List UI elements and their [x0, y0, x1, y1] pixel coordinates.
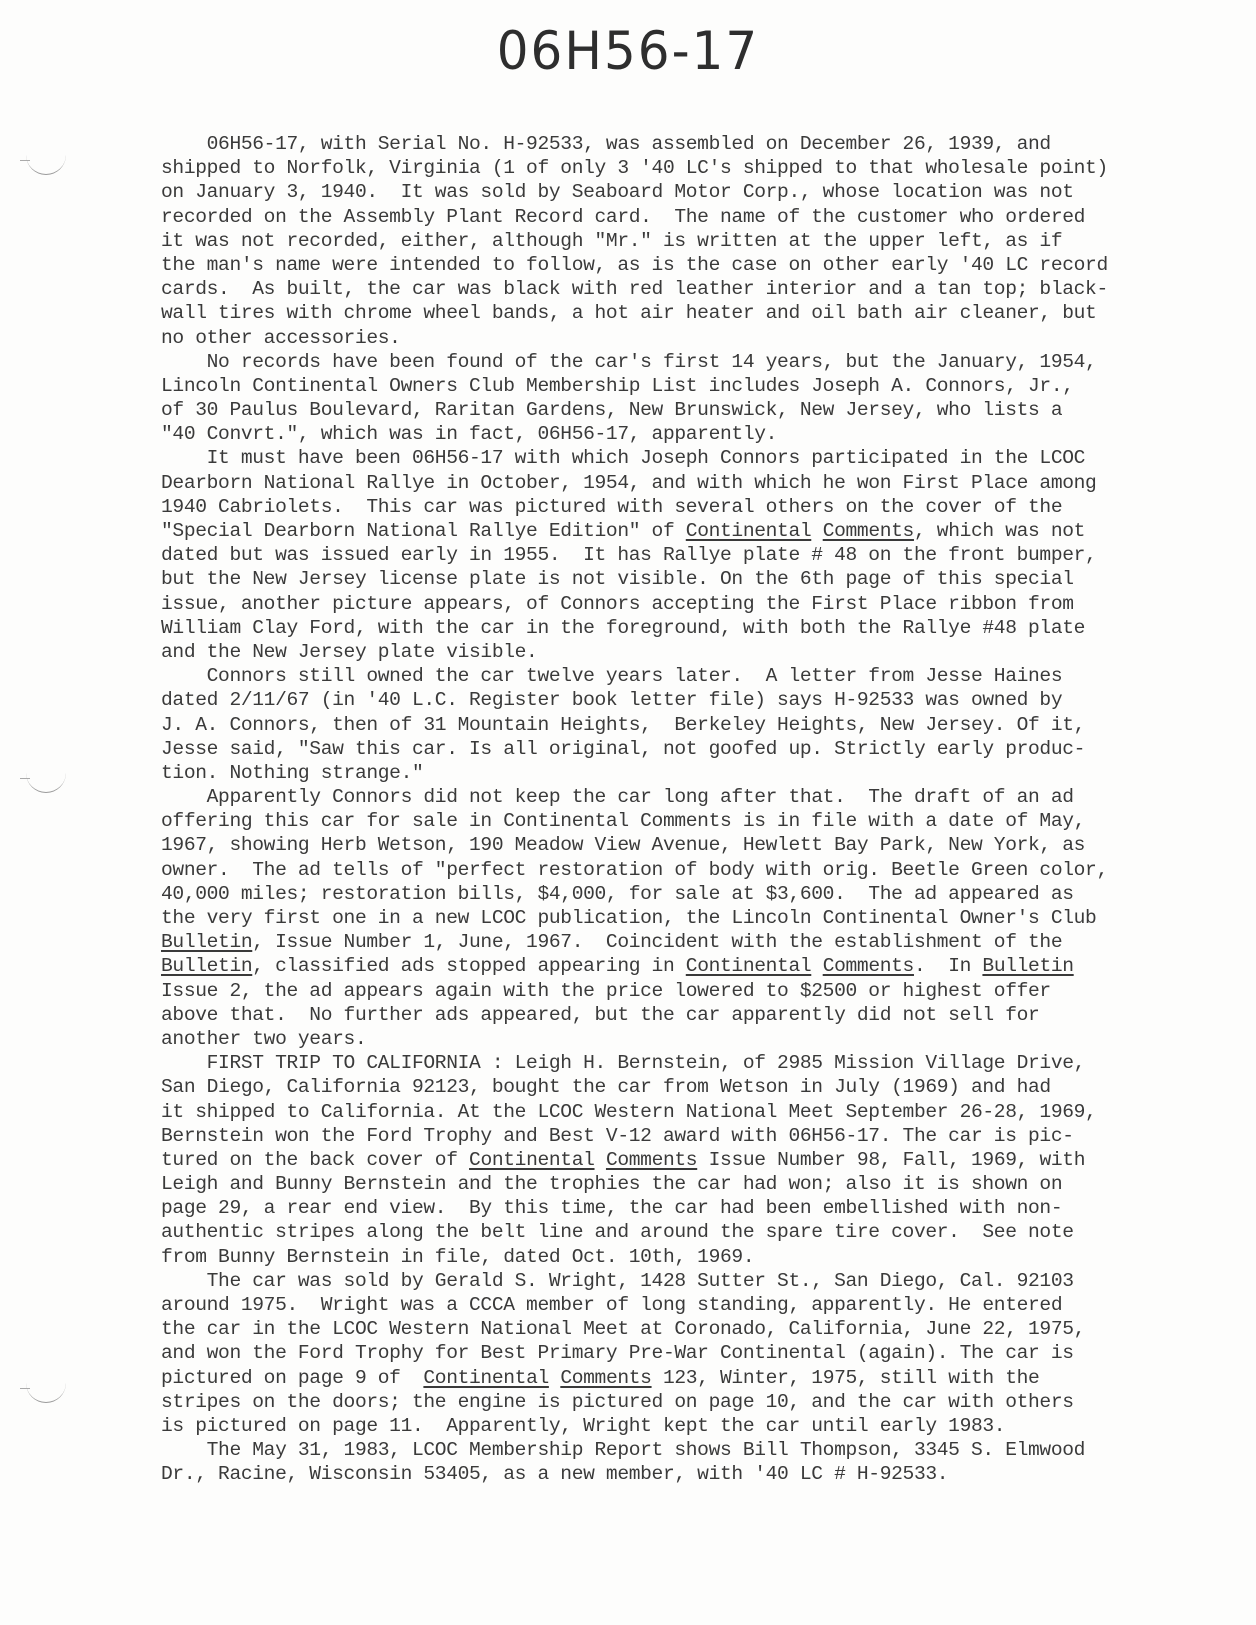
- text-line: tured on the back cover of Continental C…: [161, 1148, 1201, 1172]
- text-run: offering this car for sale in Continenta…: [161, 810, 1085, 832]
- text-line: the very first one in a new LCOC publica…: [161, 906, 1201, 930]
- document-page: 06H56-17 06H56-17, with Serial No. H-925…: [0, 0, 1256, 1625]
- text-line: shipped to Norfolk, Virginia (1 of only …: [161, 156, 1201, 180]
- text-line: pictured on page 9 of Continental Commen…: [161, 1366, 1201, 1390]
- text-run: Bernstein won the Ford Trophy and Best V…: [161, 1125, 1074, 1147]
- text-run: and won the Ford Trophy for Best Primary…: [161, 1342, 1074, 1364]
- text-run: recorded on the Assembly Plant Record ca…: [161, 206, 1085, 228]
- text-run: the car in the LCOC Western National Mee…: [161, 1318, 1085, 1340]
- paragraph: The car was sold by Gerald S. Wright, 14…: [161, 1269, 1201, 1438]
- text-run: 40,000 miles; restoration bills, $4,000,…: [161, 883, 1074, 905]
- punch-hole-mark-icon: [26, 1380, 66, 1403]
- text-run: , which was not: [914, 520, 1085, 542]
- text-run: dated 2/11/67 (in '40 L.C. Register book…: [161, 689, 1062, 711]
- text-run: shipped to Norfolk, Virginia (1 of only …: [161, 157, 1108, 179]
- text-run: William Clay Ford, with the car in the f…: [161, 617, 1085, 639]
- text-line: "40 Convrt.", which was in fact, 06H56-1…: [161, 422, 1201, 446]
- underlined-title: Continental: [686, 520, 812, 542]
- text-run: "40 Convrt.", which was in fact, 06H56-1…: [161, 423, 777, 445]
- text-line: the car in the LCOC Western National Mee…: [161, 1317, 1201, 1341]
- text-line: recorded on the Assembly Plant Record ca…: [161, 205, 1201, 229]
- text-line: Leigh and Bunny Bernstein and the trophi…: [161, 1172, 1201, 1196]
- underlined-title: Continental: [469, 1149, 595, 1171]
- text-line: It must have been 06H56-17 with which Jo…: [161, 446, 1201, 470]
- text-run: tion. Nothing strange.": [161, 762, 423, 784]
- text-run: owner. The ad tells of "perfect restorat…: [161, 859, 1108, 881]
- text-run: the man's name were intended to follow, …: [161, 254, 1108, 276]
- paragraph: 06H56-17, with Serial No. H-92533, was a…: [161, 132, 1201, 350]
- text-line: another two years.: [161, 1027, 1201, 1051]
- paragraph: It must have been 06H56-17 with which Jo…: [161, 446, 1201, 664]
- text-run: It must have been 06H56-17 with which Jo…: [161, 447, 1085, 469]
- text-line: of 30 Paulus Boulevard, Raritan Gardens,…: [161, 398, 1201, 422]
- text-line: above that. No further ads appeared, but…: [161, 1003, 1201, 1027]
- text-run: around 1975. Wright was a CCCA member of…: [161, 1294, 1062, 1316]
- text-run: it was not recorded, either, although "M…: [161, 230, 1062, 252]
- text-line: "Special Dearborn National Rallye Editio…: [161, 519, 1201, 543]
- text-line: offering this car for sale in Continenta…: [161, 809, 1201, 833]
- text-run: page 29, a rear end view. By this time, …: [161, 1197, 1062, 1219]
- text-run: stripes on the doors; the engine is pict…: [161, 1391, 1074, 1413]
- underlined-title: Continental: [686, 955, 812, 977]
- punch-hole-mark-icon: [26, 152, 66, 175]
- text-run: Jesse said, "Saw this car. Is all origin…: [161, 738, 1085, 760]
- text-run: 1967, showing Herb Wetson, 190 Meadow Vi…: [161, 834, 1085, 856]
- paragraph: The May 31, 1983, LCOC Membership Report…: [161, 1438, 1201, 1486]
- text-run: FIRST TRIP TO CALIFORNIA : Leigh H. Bern…: [161, 1052, 1085, 1074]
- text-run: is pictured on page 11. Apparently, Wrig…: [161, 1415, 1005, 1437]
- text-line: Bernstein won the Ford Trophy and Best V…: [161, 1124, 1201, 1148]
- text-run: [811, 520, 822, 542]
- text-line: tion. Nothing strange.": [161, 761, 1201, 785]
- text-line: Bulletin, Issue Number 1, June, 1967. Co…: [161, 930, 1201, 954]
- text-run: Lincoln Continental Owners Club Membersh…: [161, 375, 1074, 397]
- text-run: Connors still owned the car twelve years…: [161, 665, 1062, 687]
- text-line: the man's name were intended to follow, …: [161, 253, 1201, 277]
- underlined-title: Bulletin: [161, 931, 252, 953]
- underlined-title: Comments: [823, 520, 914, 542]
- text-line: San Diego, California 92123, bought the …: [161, 1075, 1201, 1099]
- text-line: Bulletin, classified ads stopped appeari…: [161, 954, 1201, 978]
- text-run: but the New Jersey license plate is not …: [161, 568, 1074, 590]
- text-run: 1940 Cabriolets. This car was pictured w…: [161, 496, 1062, 518]
- paragraph: No records have been found of the car's …: [161, 350, 1201, 447]
- text-line: it was not recorded, either, although "M…: [161, 229, 1201, 253]
- text-run: The May 31, 1983, LCOC Membership Report…: [161, 1439, 1085, 1461]
- text-line: Dr., Racine, Wisconsin 53405, as a new m…: [161, 1462, 1201, 1486]
- text-line: no other accessories.: [161, 326, 1201, 350]
- text-line: is pictured on page 11. Apparently, Wrig…: [161, 1414, 1201, 1438]
- underlined-title: Comments: [560, 1367, 651, 1389]
- text-line: dated 2/11/67 (in '40 L.C. Register book…: [161, 688, 1201, 712]
- text-line: Dearborn National Rallye in October, 195…: [161, 471, 1201, 495]
- text-run: another two years.: [161, 1028, 366, 1050]
- text-line: authentic stripes along the belt line an…: [161, 1220, 1201, 1244]
- text-run: Dearborn National Rallye in October, 195…: [161, 472, 1096, 494]
- text-line: J. A. Connors, then of 31 Mountain Heigh…: [161, 713, 1201, 737]
- paragraph: Connors still owned the car twelve years…: [161, 664, 1201, 785]
- underlined-title: Comments: [823, 955, 914, 977]
- text-line: FIRST TRIP TO CALIFORNIA : Leigh H. Bern…: [161, 1051, 1201, 1075]
- text-line: cards. As built, the car was black with …: [161, 277, 1201, 301]
- text-run: [811, 955, 822, 977]
- text-line: No records have been found of the car's …: [161, 350, 1201, 374]
- underlined-title: Bulletin: [161, 955, 252, 977]
- text-line: Issue 2, the ad appears again with the p…: [161, 979, 1201, 1003]
- text-line: 1940 Cabriolets. This car was pictured w…: [161, 495, 1201, 519]
- text-run: . In: [914, 955, 982, 977]
- text-run: Apparently Connors did not keep the car …: [161, 786, 1074, 808]
- text-line: and won the Ford Trophy for Best Primary…: [161, 1341, 1201, 1365]
- underlined-title: Bulletin: [982, 955, 1073, 977]
- text-line: issue, another picture appears, of Conno…: [161, 592, 1201, 616]
- text-run: issue, another picture appears, of Conno…: [161, 593, 1074, 615]
- text-line: but the New Jersey license plate is not …: [161, 567, 1201, 591]
- paragraph: FIRST TRIP TO CALIFORNIA : Leigh H. Bern…: [161, 1051, 1201, 1269]
- document-body: 06H56-17, with Serial No. H-92533, was a…: [161, 132, 1201, 1487]
- text-line: Jesse said, "Saw this car. Is all origin…: [161, 737, 1201, 761]
- text-run: and the New Jersey plate visible.: [161, 641, 537, 663]
- text-run: "Special Dearborn National Rallye Editio…: [161, 520, 686, 542]
- text-line: 1967, showing Herb Wetson, 190 Meadow Vi…: [161, 833, 1201, 857]
- text-line: The car was sold by Gerald S. Wright, 14…: [161, 1269, 1201, 1293]
- text-run: of 30 Paulus Boulevard, Raritan Gardens,…: [161, 399, 1062, 421]
- text-line: stripes on the doors; the engine is pict…: [161, 1390, 1201, 1414]
- text-run: [549, 1367, 560, 1389]
- text-run: Leigh and Bunny Bernstein and the trophi…: [161, 1173, 1062, 1195]
- text-run: J. A. Connors, then of 31 Mountain Heigh…: [161, 714, 1085, 736]
- text-line: dated but was issued early in 1955. It h…: [161, 543, 1201, 567]
- text-run: pictured on page 9 of: [161, 1367, 423, 1389]
- text-run: 123, Winter, 1975, still with the: [652, 1367, 1040, 1389]
- text-line: Connors still owned the car twelve years…: [161, 664, 1201, 688]
- text-line: William Clay Ford, with the car in the f…: [161, 616, 1201, 640]
- text-line: page 29, a rear end view. By this time, …: [161, 1196, 1201, 1220]
- text-line: Lincoln Continental Owners Club Membersh…: [161, 374, 1201, 398]
- text-line: Apparently Connors did not keep the car …: [161, 785, 1201, 809]
- text-run: tured on the back cover of: [161, 1149, 469, 1171]
- text-run: the very first one in a new LCOC publica…: [161, 907, 1096, 929]
- handwritten-title: 06H56-17: [0, 21, 1256, 82]
- text-run: Issue 2, the ad appears again with the p…: [161, 980, 1051, 1002]
- text-line: on January 3, 1940. It was sold by Seabo…: [161, 180, 1201, 204]
- text-line: The May 31, 1983, LCOC Membership Report…: [161, 1438, 1201, 1462]
- text-run: authentic stripes along the belt line an…: [161, 1221, 1074, 1243]
- text-run: The car was sold by Gerald S. Wright, 14…: [161, 1270, 1074, 1292]
- text-run: No records have been found of the car's …: [161, 351, 1096, 373]
- text-line: wall tires with chrome wheel bands, a ho…: [161, 301, 1201, 325]
- punch-hole-mark-icon: [26, 770, 66, 793]
- text-line: from Bunny Bernstein in file, dated Oct.…: [161, 1245, 1201, 1269]
- text-run: Issue Number 98, Fall, 1969, with: [697, 1149, 1085, 1171]
- text-run: it shipped to California. At the LCOC We…: [161, 1101, 1096, 1123]
- text-line: 06H56-17, with Serial No. H-92533, was a…: [161, 132, 1201, 156]
- text-run: cards. As built, the car was black with …: [161, 278, 1108, 300]
- text-line: and the New Jersey plate visible.: [161, 640, 1201, 664]
- text-run: above that. No further ads appeared, but…: [161, 1004, 1039, 1026]
- paragraph: Apparently Connors did not keep the car …: [161, 785, 1201, 1051]
- text-line: 40,000 miles; restoration bills, $4,000,…: [161, 882, 1201, 906]
- text-run: on January 3, 1940. It was sold by Seabo…: [161, 181, 1074, 203]
- text-line: it shipped to California. At the LCOC We…: [161, 1100, 1201, 1124]
- text-run: Dr., Racine, Wisconsin 53405, as a new m…: [161, 1463, 948, 1485]
- text-run: [595, 1149, 606, 1171]
- text-line: around 1975. Wright was a CCCA member of…: [161, 1293, 1201, 1317]
- text-run: San Diego, California 92123, bought the …: [161, 1076, 1051, 1098]
- text-run: 06H56-17, with Serial No. H-92533, was a…: [161, 133, 1051, 155]
- text-run: from Bunny Bernstein in file, dated Oct.…: [161, 1246, 754, 1268]
- text-run: dated but was issued early in 1955. It h…: [161, 544, 1096, 566]
- text-run: , Issue Number 1, June, 1967. Coincident…: [252, 931, 1062, 953]
- text-run: , classified ads stopped appearing in: [252, 955, 686, 977]
- underlined-title: Comments: [606, 1149, 697, 1171]
- text-run: wall tires with chrome wheel bands, a ho…: [161, 302, 1096, 324]
- text-run: no other accessories.: [161, 327, 401, 349]
- text-line: owner. The ad tells of "perfect restorat…: [161, 858, 1201, 882]
- underlined-title: Continental: [423, 1367, 549, 1389]
